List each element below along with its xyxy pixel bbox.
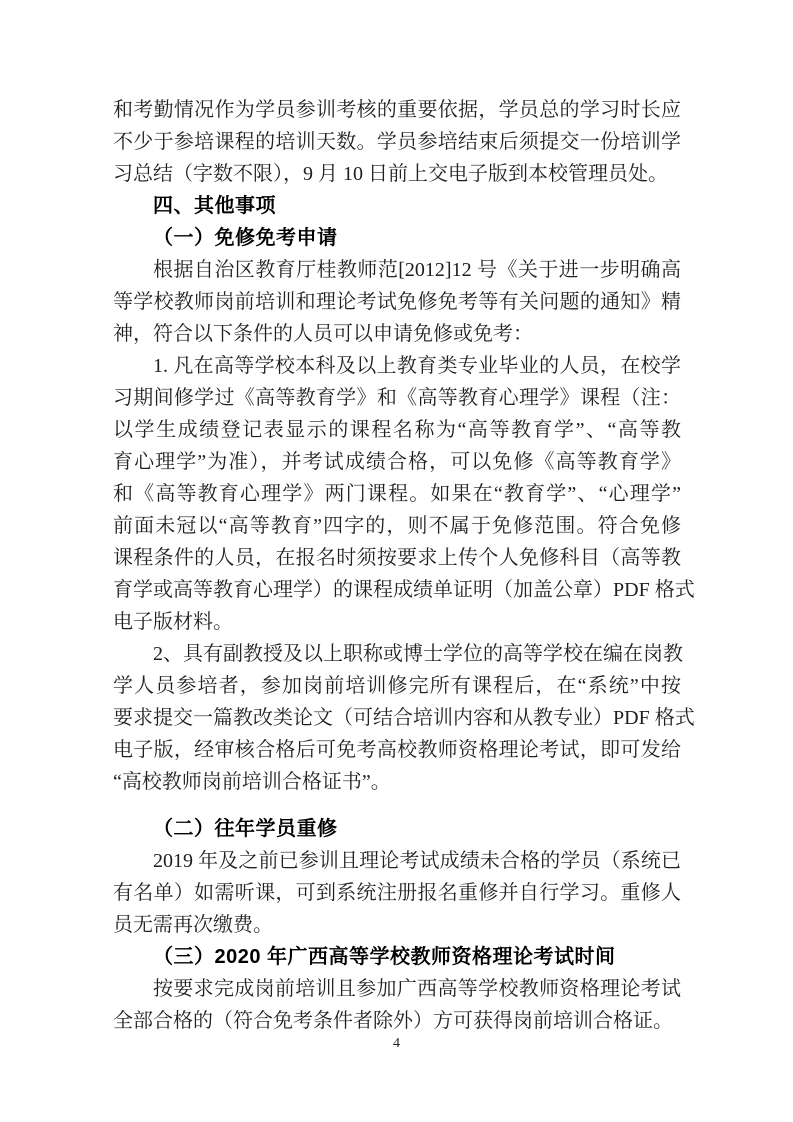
document-page: 和考勤情况作为学员参训考核的重要依据，学员总的学习时长应 不少于参培课程的培训天… <box>0 0 793 1122</box>
body-line: 学人员参培者，参加岗前培训修完所有课程后，在“系统”中按 <box>113 670 681 702</box>
body-line: 全部合格的（符合免考条件者除外）方可获得岗前培训合格证。 <box>113 1005 681 1037</box>
body-line: 根据自治区教育厅桂教师范[2012]12 号《关于进一步明确高 <box>113 254 681 286</box>
page-number: 4 <box>0 1036 793 1052</box>
body-line: 1. 凡在高等学校本科及以上教育类专业毕业的人员，在校学 <box>113 350 681 382</box>
body-line: 等学校教师岗前培训和理论考试免修免考等有关问题的通知》精 <box>113 286 681 318</box>
body-line: 和考勤情况作为学员参训考核的重要依据，学员总的学习时长应 <box>113 94 681 126</box>
body-line: 2、具有副教授及以上职称或博士学位的高等学校在编在岗教 <box>113 638 681 670</box>
body-line: 神，符合以下条件的人员可以申请免修或免考： <box>113 318 681 350</box>
body-line: 要求提交一篇教改类论文（可结合培训内容和从教专业）PDF 格式 <box>113 702 681 734</box>
heading-line: （三）2020 年广西高等学校教师资格理论考试时间 <box>113 941 681 973</box>
heading-line: 四、其他事项 <box>113 190 681 222</box>
body-line: 前面未冠以“高等教育”四字的，则不属于免修范围。符合免修 <box>113 510 681 542</box>
body-line: 和《高等教育心理学》两门课程。如果在“教育学”、“心理学” <box>113 478 681 510</box>
body-line: 课程条件的人员，在报名时须按要求上传个人免修科目（高等教 <box>113 542 681 574</box>
body-line: 电子版材料。 <box>113 606 681 638</box>
body-line: 育学或高等教育心理学）的课程成绩单证明（加盖公章）PDF 格式 <box>113 574 681 606</box>
body-line: 2019 年及之前已参训且理论考试成绩未合格的学员（系统已 <box>113 845 681 877</box>
body-line: 习总结（字数不限），9 月 10 日前上交电子版到本校管理员处。 <box>113 158 681 190</box>
heading-line: （二）往年学员重修 <box>113 813 681 845</box>
body-line: 育心理学”为准），并考试成绩合格，可以免修《高等教育学》 <box>113 446 681 478</box>
heading-line: （一）免修免考申请 <box>113 222 681 254</box>
body-line: 员无需再次缴费。 <box>113 909 681 941</box>
body-line: 有名单）如需听课，可到系统注册报名重修并自行学习。重修人 <box>113 877 681 909</box>
body-line: 电子版，经审核合格后可免考高校教师资格理论考试，即可发给 <box>113 734 681 766</box>
body-line: “高校教师岗前培训合格证书”。 <box>113 766 681 798</box>
body-line: 不少于参培课程的培训天数。学员参培结束后须提交一份培训学 <box>113 126 681 158</box>
body-line: 按要求完成岗前培训且参加广西高等学校教师资格理论考试 <box>113 973 681 1005</box>
body-line: 以学生成绩登记表显示的课程名称为“高等教育学”、“高等教 <box>113 414 681 446</box>
body-line: 习期间修学过《高等教育学》和《高等教育心理学》课程（注： <box>113 382 681 414</box>
document-body: 和考勤情况作为学员参训考核的重要依据，学员总的学习时长应 不少于参培课程的培训天… <box>113 94 681 1037</box>
